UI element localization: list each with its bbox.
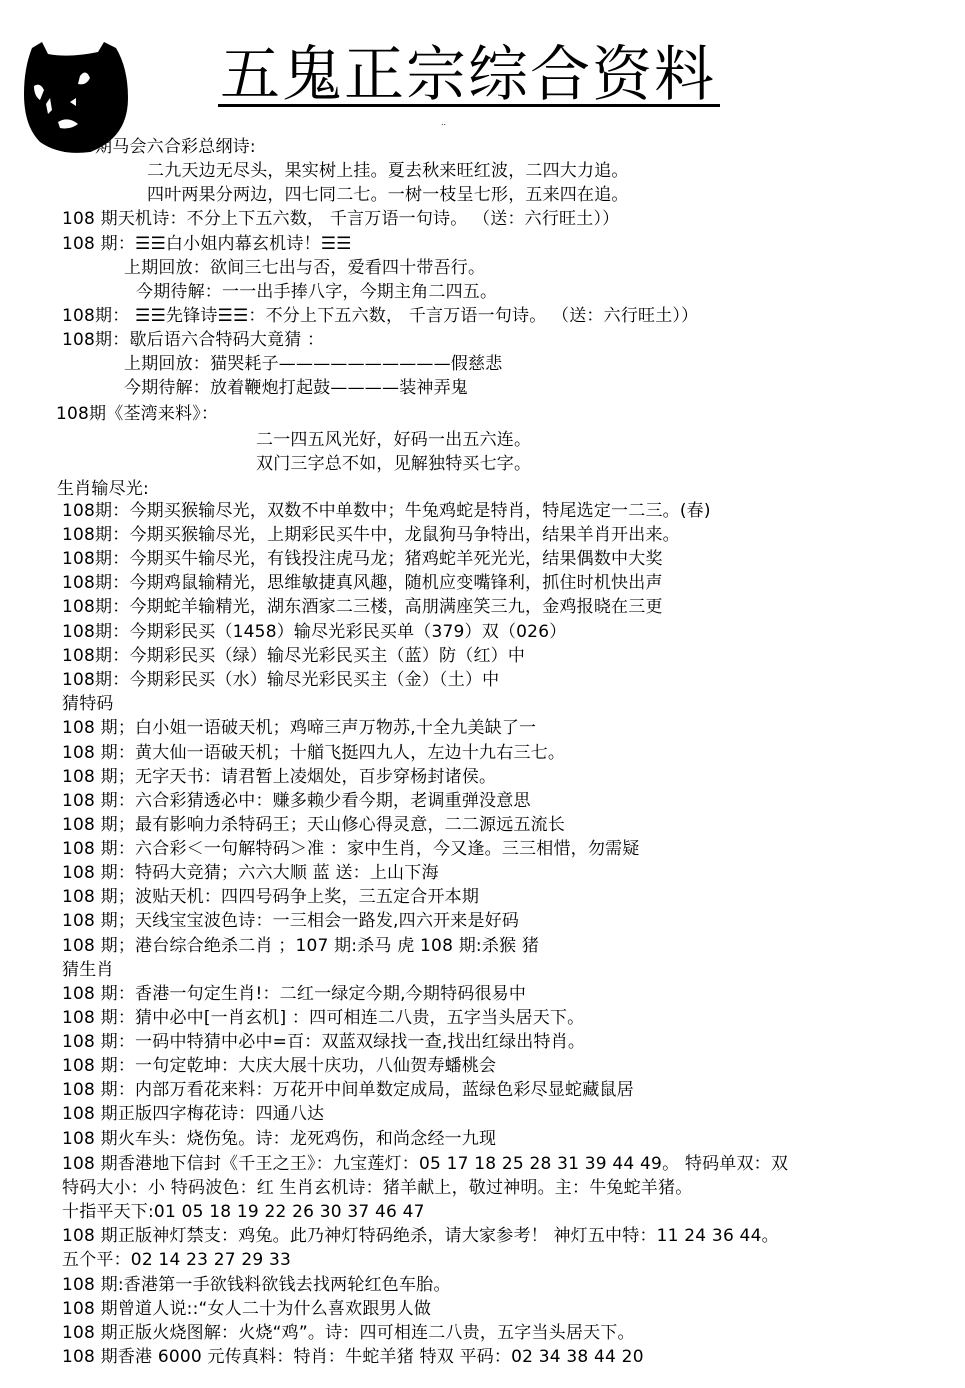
text-line: 今期待解：放着鞭炮打起鼓————装神弄鬼: [124, 377, 468, 399]
text-line: 108期：今期彩民买（水）输尽光彩民买主（金）（土）中: [62, 669, 499, 691]
text-line: 双门三字总不如，见解独特买七字。: [256, 453, 531, 475]
page-title: 五鬼正宗综合资料: [220, 42, 716, 108]
text-line: 五个平：02 14 23 27 29 33: [62, 1249, 291, 1271]
text-line: 108期：今期彩民买（绿）输尽光彩民买主（蓝）防（红）中: [62, 645, 525, 667]
text-line: 特码大小：小 特码波色：红 生肖玄机诗：猪羊献上，敬过神明。主：牛兔蛇羊猪。: [62, 1177, 692, 1199]
text-line: 108 期：特码大竞猜；六六大顺 蓝 送：上山下海: [62, 862, 439, 884]
text-line: 四叶两果分两边，四七同二七。一树一枝呈七形，五来四在追。: [147, 184, 629, 206]
text-line: 上期回放：猫哭耗子——————————假慈悲: [124, 353, 502, 375]
ghost-face-icon: [20, 38, 135, 156]
subtitle-dots: ..: [441, 118, 446, 127]
title-underline: [218, 104, 720, 107]
text-line: 108 期：香港一句定生肖!：二红一绿定今期,今期特码很易中: [62, 983, 526, 1005]
text-line: 猜生肖: [62, 959, 114, 981]
text-line: 108期： ☰☰先锋诗☰☰：不分上下五六数， 千言万语一句诗。 （送：六行旺土）…: [62, 305, 698, 327]
text-line: 108 期正版四字梅花诗：四通八达: [62, 1103, 324, 1125]
text-line: 十指平天下:01 05 18 19 22 26 30 37 46 47: [62, 1201, 425, 1223]
text-line: 108 期:香港第一手欲钱料欲钱去找两轮红色车胎。: [62, 1274, 451, 1296]
text-line: 108 期：猜中必中[一肖玄机] ：四可相连二八贵，五字当头居天下。: [62, 1007, 584, 1029]
text-line: 108 期：黄大仙一语破天机；十艏飞挺四九人，左边十九右三七。: [62, 742, 565, 764]
text-line: 108 期香港地下信封《千王之王》：九宝莲灯：05 17 18 25 28 31…: [62, 1153, 788, 1175]
text-line: 108期：今期彩民买（1458）输尽光彩民买单（379）双（026）: [62, 621, 566, 643]
text-line: 108期《荃湾来料》：: [56, 403, 218, 425]
text-line: 108 期正版火烧图解：火烧“鸡”。诗：四可相连二八贵，五字当头居天下。: [62, 1322, 635, 1344]
text-line: 二九天边无尽头，果实树上挂。夏去秋来旺红波，二四大力追。: [147, 160, 629, 182]
text-line: 108 期：内部万看花来料：万花开中间单数定成局，蓝绿色彩尽显蛇藏鼠居: [62, 1079, 634, 1101]
text-line: 108 期香港 6000 元传真料：特肖：牛蛇羊猪 特双 平码：02 34 38…: [62, 1346, 644, 1368]
text-line: 108 期；波贴天机：四四号码争上奖，三五定合开本期: [62, 886, 479, 908]
text-line: 108 期；白小姐一语破天机；鸡啼三声万物苏,十全九美缺了一: [62, 717, 536, 739]
text-line: 108 期：一句定乾坤：大庆大展十庆功，八仙贺寿蟠桃会: [62, 1055, 496, 1077]
text-line: 二一四五风光好，好码一出五六连。: [256, 429, 531, 451]
text-line: 108期：今期鸡鼠输精光，思维敏捷真风趣，随机应变嘴锋利，抓住时机快出声: [62, 572, 663, 594]
text-line: 108 期天机诗：不分上下五六数， 千言万语一句诗。 （送：六行旺土））: [62, 208, 619, 230]
text-line: 108 期曾道人说::“女人二十为什么喜欢跟男人做: [62, 1298, 431, 1320]
text-line: 今期待解：一一出手捧八字，今期主角二四五。: [136, 281, 497, 303]
text-line: 猜特码: [62, 693, 114, 715]
text-line: 108期：今期买牛输尽光，有钱投注虎马龙；猪鸡蛇羊死光光，结果偶数中大奖: [62, 548, 663, 570]
text-line: 108 期；港台综合绝杀二肖 ；107 期:杀马 虎 108 期:杀猴 猪: [62, 935, 539, 957]
text-line: 108 期：一码中特猜中必中=百：双蓝双绿找一查,找出红绿出特肖。: [62, 1031, 585, 1053]
ghost-face-logo: [20, 38, 135, 156]
text-line: 108期：今期买猴输尽光，上期彩民买牛中，龙鼠狗马争特出，结果羊肖开出来。: [62, 524, 680, 546]
text-line: 108 期火车头：烧伤兔。诗：龙死鸡伤，和尚念经一九现: [62, 1128, 496, 1150]
text-line: 108期：今期蛇羊输精光，湖东酒家二三楼，高朋满座笑三九，金鸡报晓在三更: [62, 596, 663, 618]
text-line: 108 期正版神灯禁支：鸡兔。此乃神灯特码绝杀，请大家参考！ 神灯五中特：11 …: [62, 1225, 779, 1247]
text-line: 108期：歇后语六合特码大竟猜 ：: [62, 329, 324, 351]
text-line: 108 期；无字天书：请君暂上凌烟处，百步穿杨封诸侯。: [62, 766, 496, 788]
text-line: 108 期；天线宝宝波色诗：一三相会一路发,四六开来是好码: [62, 910, 519, 932]
text-line: 108 期：☰☰白小姐内幕玄机诗！☰☰: [62, 233, 352, 255]
text-line: 108 期：六合彩猜透必中：赚多赖少看今期，老调重弹没意思: [62, 790, 531, 812]
text-line: 108 期；最有影响力杀特码王；天山修心得灵意，二二源远五流长: [62, 814, 565, 836]
text-line: 上期回放：欲间三七出与否，爱看四十带吾行。: [124, 257, 485, 279]
text-line: 108期：今期买猴输尽光，双数不中单数中；牛兔鸡蛇是特肖，特尾选定一二三。(春): [62, 500, 711, 522]
text-line: 108 期：六合彩＜一句解特码＞准 ：家中生肖，今又逢。三三相惜，勿需疑: [62, 838, 639, 860]
text-line: 生肖输尽光:: [57, 478, 149, 500]
